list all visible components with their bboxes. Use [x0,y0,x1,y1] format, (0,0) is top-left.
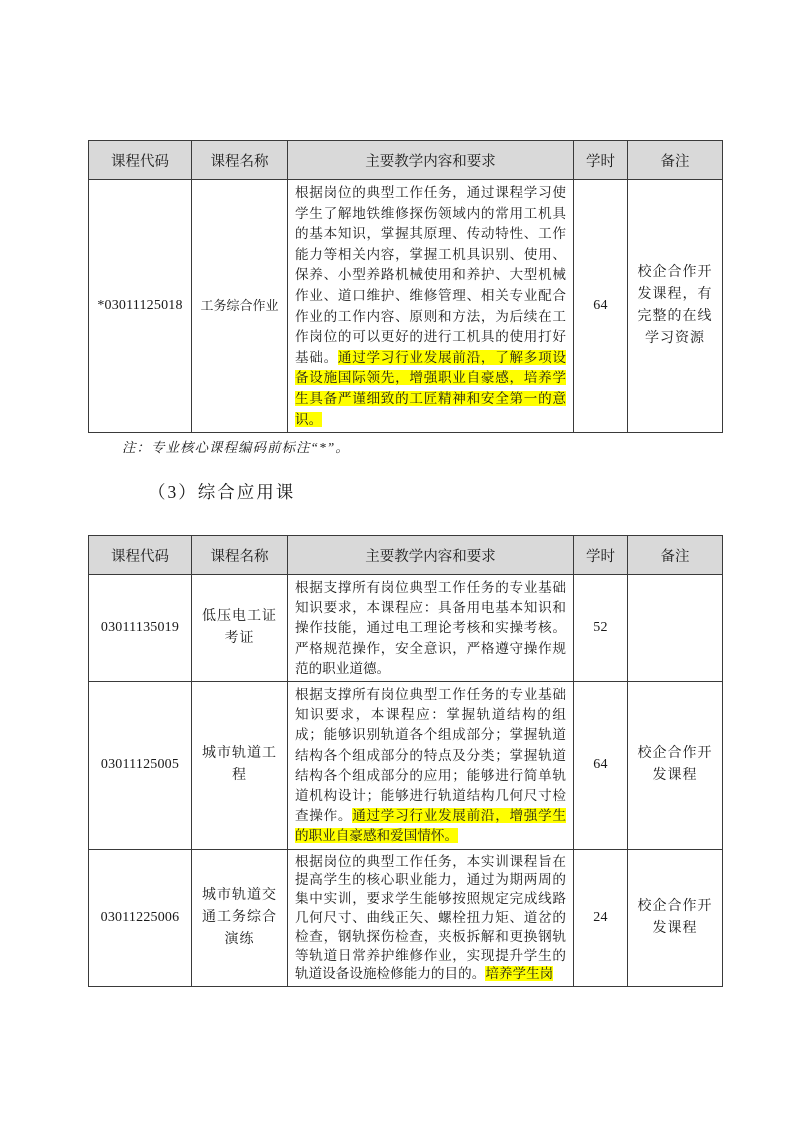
course-name: 城市轨道交通工务综合演练 [192,849,288,987]
course-content: 根据支撑所有岗位典型工作任务的专业基础知识要求，本课程应：掌握轨道结构的组成；能… [288,682,574,850]
table-row: 03011135019 低压电工证考证 根据支撑所有岗位典型工作任务的专业基础知… [89,575,723,682]
table2-header-name: 课程名称 [192,536,288,575]
course-hours: 52 [574,575,628,682]
course-remark: 校企合作开发课程 [628,682,723,850]
table1-header-remark: 备注 [628,141,723,180]
table-row: 03011125005 城市轨道工程 根据支撑所有岗位典型工作任务的专业基础知识… [89,682,723,850]
table2-header-code: 课程代码 [89,536,192,575]
course-remark: 校企合作开发课程，有完整的在线学习资源 [628,180,723,433]
table1-header-name: 课程名称 [192,141,288,180]
course-content-text: 根据岗位的典型工作任务，通过课程学习使学生了解地铁维修探伤领域内的常用工机具的基… [295,185,566,365]
course-table-2: 课程代码 课程名称 主要教学内容和要求 学时 备注 03011135019 低压… [88,535,723,987]
table-row: 03011225006 城市轨道交通工务综合演练 根据岗位的典型工作任务，本实训… [89,849,723,987]
course-code: 03011135019 [89,575,192,682]
course-hours: 64 [574,682,628,850]
course-code: *03011125018 [89,180,192,433]
course-code: 03011225006 [89,849,192,987]
course-hours: 24 [574,849,628,987]
table1-header-hours: 学时 [574,141,628,180]
course-name: 城市轨道工程 [192,682,288,850]
table2-header-hours: 学时 [574,536,628,575]
course-hours: 64 [574,180,628,433]
course-content-text: 根据支撑所有岗位典型工作任务的专业基础知识要求，本课程应：掌握轨道结构的组成；能… [295,687,566,823]
table2-header-remark: 备注 [628,536,723,575]
course-content-text: 根据岗位的典型工作任务，本实训课程旨在提高学生的核心职业能力，通过为期两周的集中… [295,854,566,982]
course-name: 工务综合作业 [192,180,288,433]
footnote: 注：专业核心课程编码前标注“*”。 [122,436,350,456]
table2-header-row: 课程代码 课程名称 主要教学内容和要求 学时 备注 [89,536,723,575]
table1-header-code: 课程代码 [89,141,192,180]
section-title: （3）综合应用课 [148,479,295,504]
course-content-text: 根据支撑所有岗位典型工作任务的专业基础知识要求，本课程应：具备用电基本知识和操作… [295,580,566,676]
course-content: 根据支撑所有岗位典型工作任务的专业基础知识要求，本课程应：具备用电基本知识和操作… [288,575,574,682]
course-content: 根据岗位的典型工作任务，本实训课程旨在提高学生的核心职业能力，通过为期两周的集中… [288,849,574,987]
table2-header-content: 主要教学内容和要求 [288,536,574,575]
course-remark: 校企合作开发课程 [628,849,723,987]
table-row: *03011125018 工务综合作业 根据岗位的典型工作任务，通过课程学习使学… [89,180,723,433]
document-page: 课程代码 课程名称 主要教学内容和要求 学时 备注 *03011125018 工… [0,0,794,1123]
highlighted-text: 培养学生岗 [485,966,553,981]
table1-header-row: 课程代码 课程名称 主要教学内容和要求 学时 备注 [89,141,723,180]
course-code: 03011125005 [89,682,192,850]
table1-header-content: 主要教学内容和要求 [288,141,574,180]
course-name: 低压电工证考证 [192,575,288,682]
course-content: 根据岗位的典型工作任务，通过课程学习使学生了解地铁维修探伤领域内的常用工机具的基… [288,180,574,433]
course-table-1: 课程代码 课程名称 主要教学内容和要求 学时 备注 *03011125018 工… [88,140,723,433]
course-remark [628,575,723,682]
